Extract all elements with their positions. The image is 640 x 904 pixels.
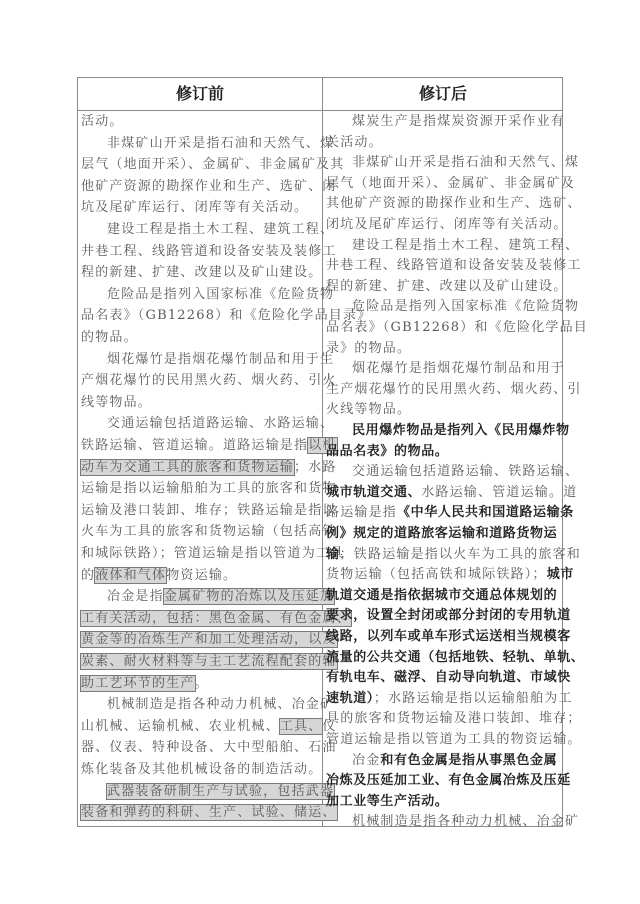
added-bold-text: 速轨道） xyxy=(326,691,374,706)
text-line: 和城际铁路）；管道运输是指以管道为工具 xyxy=(81,543,344,565)
text-line: 山机械、运输机械、农业机械、工具、仪 xyxy=(81,716,337,738)
text-line: 建设工程是指土木工程、建筑工程、 xyxy=(326,235,579,257)
text-line: 机械制造是指各种动力机械、冶金矿 xyxy=(81,694,334,716)
text-segment: 非煤矿山开采是指石油和天然气、煤 xyxy=(107,136,334,151)
text-line: 具的旅客和货物运输及港口装卸、堆存； xyxy=(326,708,582,730)
text-line: 品品名表》的物品。 xyxy=(326,441,448,463)
text-segment: 运输及港口装卸、堆存；铁路运输是指以 xyxy=(81,503,337,518)
text-segment: 。 xyxy=(195,676,209,691)
text-segment: 山机械、运输机械、农业机械、 xyxy=(81,719,280,734)
text-line: 工有关活动，包括：黑色金属、有色金属、 xyxy=(81,608,351,630)
text-segment: 烟花爆竹是指烟花爆竹制品和用于生 xyxy=(107,352,334,367)
text-line: 助工艺环节的生产。 xyxy=(81,673,209,695)
text-line: 危险品是指列入国家标准《危险货物 xyxy=(326,296,579,318)
text-line: 货物运输（包括高铁和城际铁路）；城市 xyxy=(326,564,574,586)
text-segment: 铁路运输、管道运输。道路运输是指 xyxy=(81,438,308,453)
highlighted-text: 动车为交通工具的旅客和货物运输 xyxy=(81,460,294,475)
text-segment: 建设工程是指土木工程、建筑工程、 xyxy=(352,238,579,253)
text-line: 关活动。 xyxy=(326,132,383,154)
text-segment: 产烟花爆竹的民用黑火药、烟火药、引火 xyxy=(81,373,337,388)
text-segment: 危险品是指列入国家标准《危险货物 xyxy=(352,299,579,314)
text-line: 井巷工程、线路管道和设备安装及装修工 xyxy=(81,241,337,263)
text-segment: 坑及尾矿库运行、闭库等有关活动。 xyxy=(81,200,308,215)
highlighted-text: 工具、 xyxy=(280,719,323,734)
text-line: 其他矿产资源的勘探作业和生产、选矿、 xyxy=(326,193,582,215)
text-segment: 器、仪表、特种设备、大中型船舶、石油 xyxy=(81,740,337,755)
added-bold-text: 线路，以列车或单车形式运送相当规模客 xyxy=(326,629,571,644)
text-line: 冶金是指金属矿物的冶炼以及压延加 xyxy=(81,586,334,608)
text-segment: 危险品是指列入国家标准《危险货物 xyxy=(107,287,334,302)
text-line: 要求，设置全封闭或部分封闭的专用轨道 xyxy=(326,605,571,627)
text-segment: 货物运输（包括高铁和城际铁路）； xyxy=(326,567,547,582)
text-line: 层气（地面开采）、金属矿、非金属矿及其 xyxy=(81,154,344,176)
text-line: 火线等物品。 xyxy=(326,399,411,421)
highlighted-text: 炭素、耐火材料等与主工艺流程配套的辅 xyxy=(81,654,337,669)
added-bold-text: 民用爆炸物品是指列入《民用爆炸物 xyxy=(352,423,570,438)
text-segment: 生产烟花爆竹的民用黑火药、烟火药、引 xyxy=(326,382,582,397)
text-segment: 交通运输包括道路运输、水路运输、 xyxy=(107,416,334,431)
highlighted-text: 武器装备研制生产与试验，包括武器 xyxy=(107,784,334,799)
text-line: 武器装备研制生产与试验，包括武器 xyxy=(81,781,334,803)
highlighted-text: 黄金等的冶炼生产和加工处理活动，以及 xyxy=(81,632,337,647)
text-line: 轨道交通是指依据城市交通总体规划的 xyxy=(326,585,557,607)
text-line: 活动。 xyxy=(81,111,124,133)
highlighted-text: 助工艺环节的生产 xyxy=(81,676,195,691)
text-segment: 品名表》（GB12268）和《危险化学品目 xyxy=(326,320,588,335)
text-line: 的液体和气体物资运输。 xyxy=(81,565,237,587)
text-segment: 程的新建、扩建、改建以及矿山建设。 xyxy=(81,265,322,280)
added-bold-text: 加工业等生产活动。 xyxy=(326,794,448,809)
added-bold-text: 《中华人民共和国道路运输条 xyxy=(397,505,574,520)
added-bold-text: 有轨电车、磁浮、自动导向轨道、市域快 xyxy=(326,670,571,685)
text-segment: ；铁路运输是指以火车为工具的旅客和 xyxy=(340,547,581,562)
text-segment: 线等物品。 xyxy=(81,395,152,410)
text-line: 层气（地面开采）、金属矿、非金属矿及 xyxy=(326,173,575,195)
text-line: 冶金和有色金属是指从事黑色金属 xyxy=(326,750,557,772)
text-line: 铁路运输、管道运输。道路运输是指以机 xyxy=(81,435,337,457)
text-segment: 活动。 xyxy=(81,114,124,129)
text-line: 加工业等生产活动。 xyxy=(326,791,448,813)
text-line: 输；铁路运输是指以火车为工具的旅客和 xyxy=(326,544,581,566)
text-line: 生产烟花爆竹的民用黑火药、烟火药、引 xyxy=(326,379,582,401)
added-bold-text: 和有色金属是指从事黑色金属 xyxy=(380,753,557,768)
text-line: 路运输是指《中华人民共和国道路运输条 xyxy=(326,502,574,524)
text-line: 动车为交通工具的旅客和货物运输；水路 xyxy=(81,457,337,479)
text-segment: 煤炭生产是指煤炭资源开采作业有 xyxy=(352,114,565,129)
text-segment: 井巷工程、线路管道和设备安装及装修工 xyxy=(81,244,337,259)
text-segment: 火线等物品。 xyxy=(326,402,411,417)
text-line: 非煤矿山开采是指石油和天然气、煤 xyxy=(326,152,579,174)
highlighted-text: 液体和气体 xyxy=(95,568,166,583)
text-line: 井巷工程、线路管道和设备安装及装修工 xyxy=(326,255,582,277)
text-segment: 物资运输。 xyxy=(166,568,237,583)
text-segment: 程的新建、扩建、改建以及矿山建设。 xyxy=(326,279,567,294)
text-line: 速轨道）；水路运输是指以运输船舶为工 xyxy=(326,688,573,710)
text-line: 管道运输是指以管道为工具的物资运输。 xyxy=(326,729,582,751)
text-line: 黄金等的冶炼生产和加工处理活动，以及 xyxy=(81,629,337,651)
added-bold-text: 城市 xyxy=(547,567,574,582)
text-line: 运输及港口装卸、堆存；铁路运输是指以 xyxy=(81,500,337,522)
text-line: 建设工程是指土木工程、建筑工程、 xyxy=(81,219,334,241)
text-segment: 火车为工具的旅客和货物运输（包括高铁 xyxy=(81,524,337,539)
text-segment: 非煤矿山开采是指石油和天然气、煤 xyxy=(352,155,579,170)
text-line: 录》的物品。 xyxy=(326,338,411,360)
text-line: 煤炭生产是指煤炭资源开采作业有 xyxy=(326,111,565,133)
text-line: 运输是指以运输船舶为工具的旅客和货物 xyxy=(81,478,337,500)
added-bold-text: 轨道交通是指依据城市交通总体规划的 xyxy=(326,588,557,603)
text-segment: 的物品。 xyxy=(81,330,138,345)
text-segment: 冶金 xyxy=(352,753,380,768)
text-line: 火车为工具的旅客和货物运输（包括高铁 xyxy=(81,521,337,543)
text-line: 器、仪表、特种设备、大中型船舶、石油 xyxy=(81,737,337,759)
text-segment: 机械制造是指各种动力机械、冶金矿 xyxy=(352,814,579,829)
text-segment: 录》的物品。 xyxy=(326,341,411,356)
text-segment: 路运输是指 xyxy=(326,505,397,520)
text-line: 装备和弹药的科研、生产、试验、储运、 xyxy=(81,802,337,824)
text-line: 烟花爆竹是指烟花爆竹制品和用于 xyxy=(326,358,565,380)
text-segment: 关活动。 xyxy=(326,135,383,150)
text-line: 线路，以列车或单车形式运送相当规模客 xyxy=(326,626,571,648)
added-bold-text: 冶炼及压延加工业、有色金属冶炼及压延 xyxy=(326,773,571,788)
text-line: 他矿产资源的勘探作业和生产、选矿、闭 xyxy=(81,176,337,198)
text-line: 产烟花爆竹的民用黑火药、烟火药、引火 xyxy=(81,370,337,392)
text-segment: 井巷工程、线路管道和设备安装及装修工 xyxy=(326,258,582,273)
text-segment: 的 xyxy=(81,568,95,583)
added-bold-text: 流量的公共交通（包括地铁、轻轨、单轨、 xyxy=(326,650,584,665)
text-segment: 他矿产资源的勘探作业和生产、选矿、闭 xyxy=(81,179,337,194)
text-line: 例》规定的道路旅客运输和道路货物运 xyxy=(326,523,557,545)
text-line: 线等物品。 xyxy=(81,392,152,414)
text-line: 有轨电车、磁浮、自动导向轨道、市域快 xyxy=(326,667,571,689)
text-segment: 管道运输是指以管道为工具的物资运输。 xyxy=(326,732,582,747)
text-segment: 层气（地面开采）、金属矿、非金属矿及 xyxy=(326,176,575,191)
text-segment: 机械制造是指各种动力机械、冶金矿 xyxy=(107,697,334,712)
added-bold-text: 要求，设置全封闭或部分封闭的专用轨道 xyxy=(326,608,571,623)
text-segment: 和城际铁路）；管道运输是指以管道为工具 xyxy=(81,546,344,561)
text-line: 交通运输包括道路运输、水路运输、 xyxy=(81,413,334,435)
text-line: 机械制造是指各种动力机械、冶金矿 xyxy=(326,811,579,833)
text-segment: 交通运输包括道路运输、铁路运输、 xyxy=(352,464,579,479)
text-line: 民用爆炸物品是指列入《民用爆炸物 xyxy=(326,420,570,442)
revision-comparison-table: 修订前 修订后 活动。非煤矿山开采是指石油和天然气、煤层气（地面开采）、金属矿、… xyxy=(77,77,563,827)
text-line: 交通运输包括道路运输、铁路运输、 xyxy=(326,461,579,483)
text-line: 闭坑及尾矿库运行、闭库等有关活动。 xyxy=(326,214,567,236)
text-segment: 炼化装备及其他机械设备的制造活动。 xyxy=(81,762,322,777)
text-segment: 冶金是指 xyxy=(107,589,164,604)
text-line: 城市轨道交通、水路运输、管道运输。道 xyxy=(326,482,577,504)
header-before-revision: 修订前 xyxy=(78,78,322,110)
text-line: 烟花爆竹是指烟花爆竹制品和用于生 xyxy=(81,349,334,371)
text-line: 流量的公共交通（包括地铁、轻轨、单轨、 xyxy=(326,647,584,669)
text-line: 的物品。 xyxy=(81,327,138,349)
text-line: 程的新建、扩建、改建以及矿山建设。 xyxy=(326,276,567,298)
added-bold-text: 输 xyxy=(326,547,340,562)
text-line: 炭素、耐火材料等与主工艺流程配套的辅 xyxy=(81,651,337,673)
text-line: 冶炼及压延加工业、有色金属冶炼及压延 xyxy=(326,770,571,792)
text-segment: 运输是指以运输船舶为工具的旅客和货物 xyxy=(81,481,337,496)
added-bold-text: 城市轨道交通、 xyxy=(326,485,421,500)
text-line: 坑及尾矿库运行、闭库等有关活动。 xyxy=(81,197,308,219)
text-segment: 层气（地面开采）、金属矿、非金属矿及其 xyxy=(81,157,344,172)
highlighted-text: 工有关活动，包括：黑色金属、有色金属、 xyxy=(81,611,351,626)
text-segment: 其他矿产资源的勘探作业和生产、选矿、 xyxy=(326,196,582,211)
text-line: 程的新建、扩建、改建以及矿山建设。 xyxy=(81,262,322,284)
text-segment: 水路运输、管道运输。道 xyxy=(421,485,577,500)
text-line: 炼化装备及其他机械设备的制造活动。 xyxy=(81,759,322,781)
header-after-revision: 修订后 xyxy=(323,78,563,110)
text-line: 品名表》（GB12268）和《危险化学品目 xyxy=(326,317,588,339)
added-bold-text: 品品名表》的物品。 xyxy=(326,444,448,459)
highlighted-text: 装备和弹药的科研、生产、试验、储运、 xyxy=(81,805,337,820)
text-segment: 闭坑及尾矿库运行、闭库等有关活动。 xyxy=(326,217,567,232)
text-line: 危险品是指列入国家标准《危险货物 xyxy=(81,284,334,306)
text-line: 非煤矿山开采是指石油和天然气、煤 xyxy=(81,133,334,155)
text-segment: ；水路运输是指以运输船舶为工 xyxy=(374,691,573,706)
text-segment: 具的旅客和货物运输及港口装卸、堆存； xyxy=(326,711,582,726)
highlighted-text: 金属矿物的冶炼以及压延加 xyxy=(164,589,334,604)
added-bold-text: 例》规定的道路旅客运输和道路货物运 xyxy=(326,526,557,541)
text-segment: 建设工程是指土木工程、建筑工程、 xyxy=(107,222,334,237)
text-segment: 烟花爆竹是指烟花爆竹制品和用于 xyxy=(352,361,565,376)
